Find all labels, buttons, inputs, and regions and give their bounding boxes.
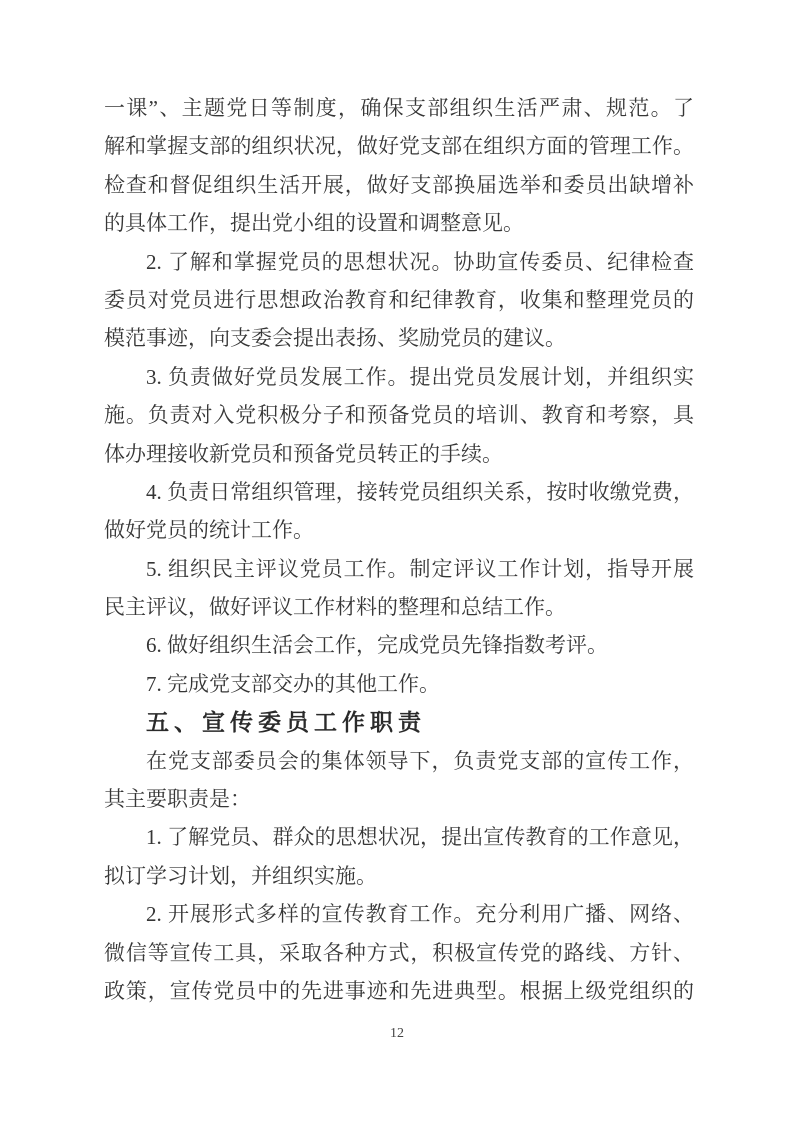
document-page: 一课”、主题党日等制度，确保支部组织生活严肃、规范。了解和掌握支部的组织状况，做… (0, 0, 794, 1123)
text-line: 1. 了解党员、群众的思想状况，提出宣传教育的工作意见， (104, 818, 694, 856)
text-line: 其主要职责是： (104, 780, 694, 818)
text-line: 2. 开展形式多样的宣传教育工作。充分利用广播、网络、 (104, 895, 694, 933)
text-line: 6. 做好组织生活会工作，完成党员先锋指数考评。 (104, 626, 694, 664)
text-line: 解和掌握支部的组织状况，做好党支部在组织方面的管理工作。 (104, 127, 694, 165)
text-line: 7. 完成党支部交办的其他工作。 (104, 665, 694, 703)
text-line: 委员对党员进行思想政治教育和纪律教育，收集和整理党员的 (104, 281, 694, 319)
text-line: 的具体工作，提出党小组的设置和调整意见。 (104, 204, 694, 242)
section-heading: 五、宣传委员工作职责 (104, 703, 694, 741)
text-line: 3. 负责做好党员发展工作。提出党员发展计划，并组织实 (104, 358, 694, 396)
text-line: 模范事迹，向支委会提出表扬、奖励党员的建议。 (104, 319, 694, 357)
text-line: 5. 组织民主评议党员工作。制定评议工作计划，指导开展 (104, 550, 694, 588)
text-line: 民主评议，做好评议工作材料的整理和总结工作。 (104, 588, 694, 626)
text-line: 体办理接收新党员和预备党员转正的手续。 (104, 435, 694, 473)
text-line: 做好党员的统计工作。 (104, 511, 694, 549)
page-body: 一课”、主题党日等制度，确保支部组织生活严肃、规范。了解和掌握支部的组织状况，做… (104, 89, 694, 1010)
text-line: 微信等宣传工具，采取各种方式，积极宣传党的路线、方针、 (104, 934, 694, 972)
text-line: 一课”、主题党日等制度，确保支部组织生活严肃、规范。了 (104, 89, 694, 127)
text-line: 施。负责对入党积极分子和预备党员的培训、教育和考察，具 (104, 396, 694, 434)
text-line: 在党支部委员会的集体领导下，负责党支部的宣传工作， (104, 742, 694, 780)
text-line: 检查和督促组织生活开展，做好支部换届选举和委员出缺增补 (104, 166, 694, 204)
text-line: 政策，宣传党员中的先进事迹和先进典型。根据上级党组织的 (104, 972, 694, 1010)
text-line: 4. 负责日常组织管理，接转党员组织关系，按时收缴党费， (104, 473, 694, 511)
text-line: 2. 了解和掌握党员的思想状况。协助宣传委员、纪律检查 (104, 243, 694, 281)
page-number: 12 (0, 1026, 794, 1042)
text-line: 拟订学习计划，并组织实施。 (104, 857, 694, 895)
